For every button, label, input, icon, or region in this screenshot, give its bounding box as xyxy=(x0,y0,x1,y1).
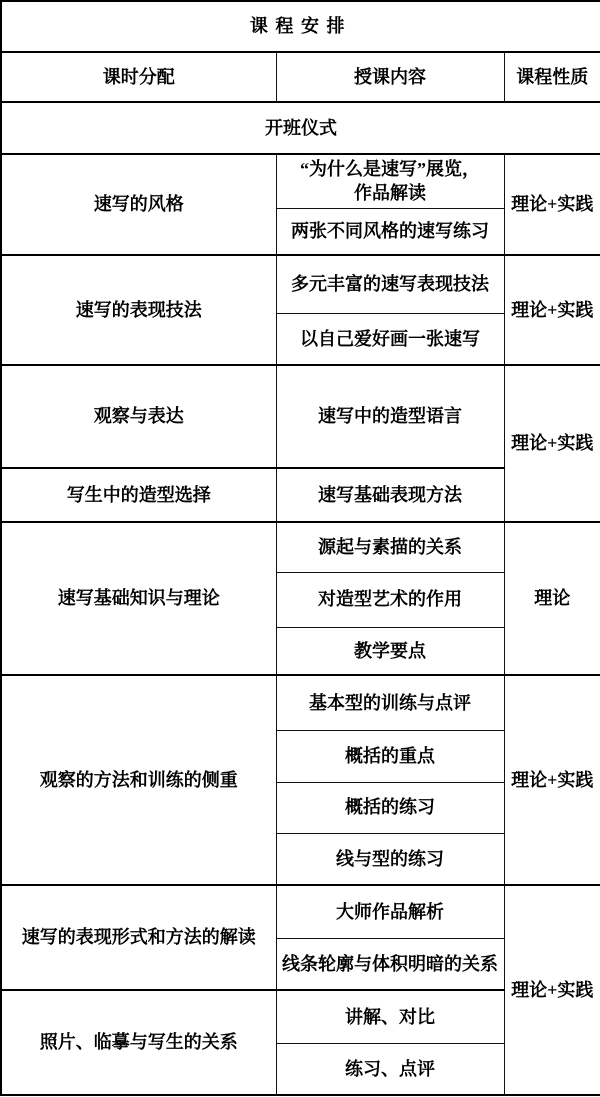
content-cell: 源起与素描的关系 xyxy=(276,522,504,572)
allocation-cell: 速写基础知识与理论 xyxy=(1,522,276,675)
allocation-cell: 速写的风格 xyxy=(1,154,276,255)
content-cell: 基本型的训练与点评 xyxy=(276,675,504,730)
content-cell: 练习、点评 xyxy=(276,1043,504,1095)
content-cell: 以自己爱好画一张速写 xyxy=(276,313,504,365)
page-title: 课程安排 xyxy=(1,1,600,52)
content-cell: 速写中的造型语言 xyxy=(276,365,504,468)
content-cell: 对造型艺术的作用 xyxy=(276,572,504,627)
allocation-cell: 速写的表现技法 xyxy=(1,255,276,365)
header-hours-allocation: 课时分配 xyxy=(1,52,276,102)
header-teaching-content: 授课内容 xyxy=(276,52,504,102)
nature-cell: 理论 xyxy=(504,522,600,675)
content-cell: 两张不同风格的速写练习 xyxy=(276,208,504,255)
content-cell: 概括的练习 xyxy=(276,782,504,833)
nature-cell: 理论+实践 xyxy=(504,154,600,255)
content-cell: 多元丰富的速写表现技法 xyxy=(276,255,504,313)
allocation-cell: 观察的方法和训练的侧重 xyxy=(1,675,276,885)
content-cell: 速写基础表现方法 xyxy=(276,468,504,522)
nature-cell: 理论+实践 xyxy=(504,255,600,365)
header-course-nature: 课程性质 xyxy=(504,52,600,102)
allocation-cell: 速写的表现形式和方法的解读 xyxy=(1,885,276,990)
allocation-cell: 观察与表达 xyxy=(1,365,276,468)
content-cell: 讲解、对比 xyxy=(276,990,504,1043)
allocation-cell: 照片、临摹与写生的关系 xyxy=(1,990,276,1095)
content-cell: 线条轮廓与体积明暗的关系 xyxy=(276,938,504,990)
allocation-cell: 写生中的造型选择 xyxy=(1,468,276,522)
content-cell: “为什么是速写”展览， 作品解读 xyxy=(276,154,504,208)
nature-cell: 理论+实践 xyxy=(504,675,600,885)
content-cell: 大师作品解析 xyxy=(276,885,504,938)
course-schedule-page: 课程安排 课时分配 授课内容 课程性质 开班仪式 速写的风格 “为什么是速写”展… xyxy=(0,0,600,1097)
content-cell: 概括的重点 xyxy=(276,730,504,782)
content-cell: 教学要点 xyxy=(276,627,504,675)
course-schedule-table: 课程安排 课时分配 授课内容 课程性质 开班仪式 速写的风格 “为什么是速写”展… xyxy=(0,0,600,1096)
nature-cell: 理论+实践 xyxy=(504,365,600,522)
content-cell: 线与型的练习 xyxy=(276,833,504,885)
opening-ceremony-cell: 开班仪式 xyxy=(1,102,600,154)
nature-cell: 理论+实践 xyxy=(504,885,600,1095)
